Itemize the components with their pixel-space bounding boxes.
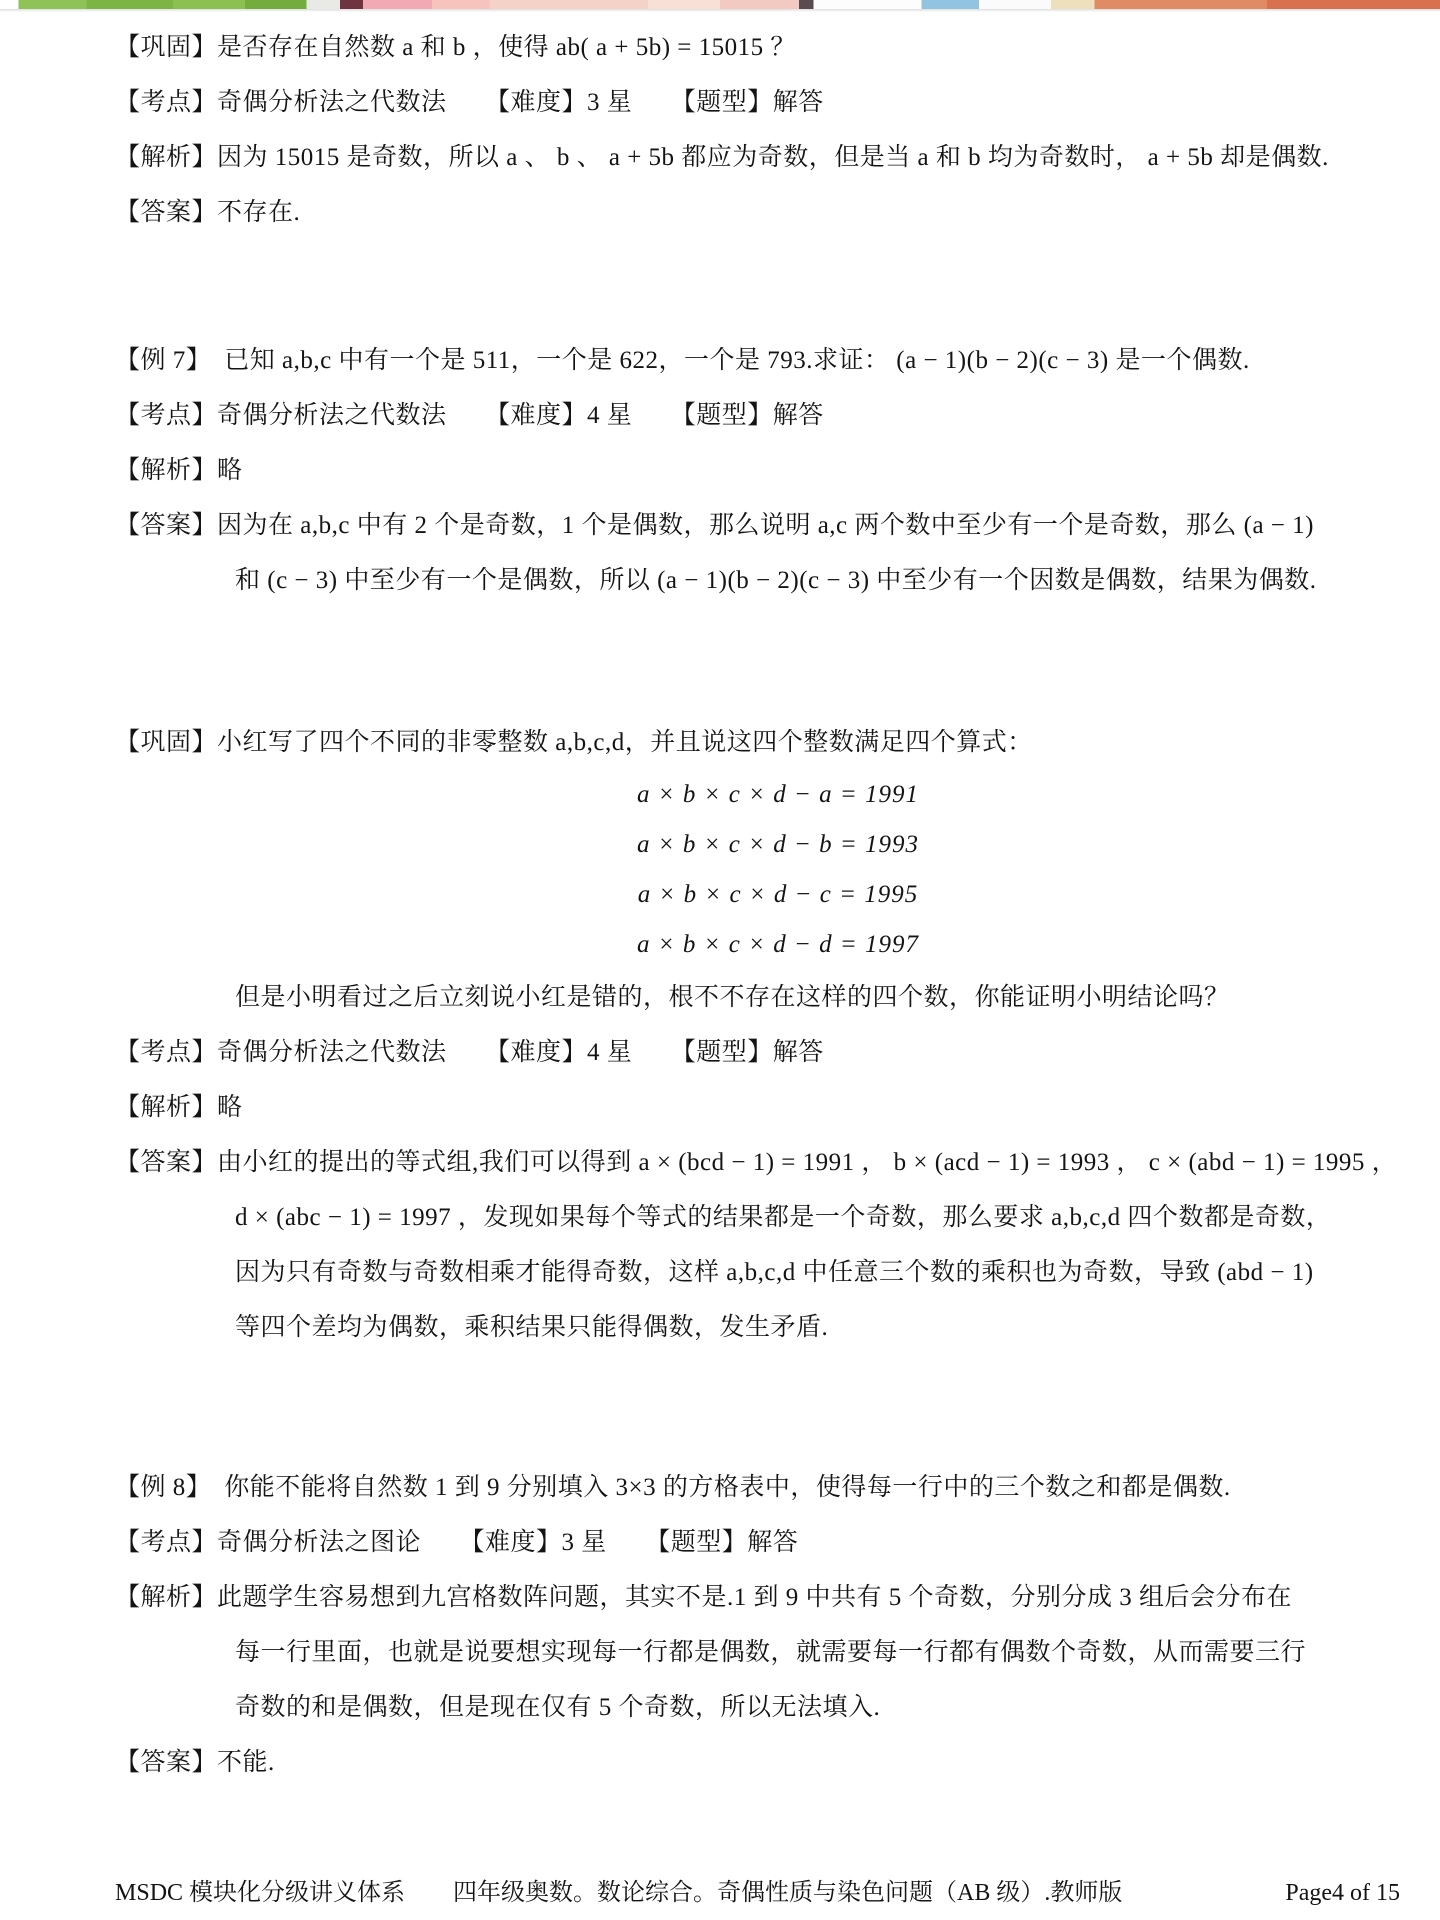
reinforce2-answer-line3: 因为只有奇数与奇数相乘才能得奇数，这样 a,b,c,d 中任意三个数的乘积也为奇… [115,1245,1385,1300]
reinforce2-question: 【巩固】小红写了四个不同的非零整数 a,b,c,d，并且说这四个整数满足四个算式… [115,715,1385,770]
example7-answer-line1: 【答案】因为在 a,b,c 中有 2 个是奇数，1 个是偶数，那么说明 a,c … [115,498,1385,553]
section-example-7: 【例 7】 已知 a,b,c 中有一个是 511，一个是 622，一个是 793… [115,333,1385,608]
reinforce2-answer-line4: 等四个差均为偶数，乘积结果只能得偶数，发生矛盾. [115,1300,1385,1355]
reinforce2-analysis: 【解析】略 [115,1080,1385,1135]
section-example-8: 【例 8】 你能不能将自然数 1 到 9 分别填入 3×3 的方格表中，使得每一… [115,1460,1385,1790]
section-reinforce-1: 【巩固】是否存在自然数 a 和 b ，使得 ab( a + 5b) = 1501… [115,20,1385,240]
reinforce2-answer-line2: d × (abc − 1) = 1997 ，发现如果每个等式的结果都是一个奇数，… [115,1190,1385,1245]
example8-answer: 【答案】不能. [115,1735,1385,1790]
reinforce2-equation-3: a × b × c × d − c = 1995 [115,870,1385,920]
page-footer: MSDC 模块化分级讲义体系 四年级奥数。数论综合。奇偶性质与染色问题（AB 级… [115,1878,1400,1908]
example8-analysis-line1: 【解析】此题学生容易想到九宫格数阵问题，其实不是.1 到 9 中共有 5 个奇数… [115,1570,1385,1625]
example7-answer-line2: 和 (c − 3) 中至少有一个是偶数，所以 (a − 1)(b − 2)(c … [115,553,1385,608]
example8-analysis-line2: 每一行里面，也就是说要想实现每一行都是偶数，就需要每一行都有偶数个奇数，从而需要… [115,1625,1385,1680]
reinforce1-analysis: 【解析】因为 15015 是奇数，所以 a 、 b 、 a + 5b 都应为奇数… [115,130,1385,185]
example8-analysis-line3: 奇数的和是偶数，但是现在仅有 5 个奇数，所以无法填入. [115,1680,1385,1735]
reinforce2-answer-line1: 【答案】由小红的提出的等式组,我们可以得到 a × (bcd − 1) = 19… [115,1135,1385,1190]
example7-analysis: 【解析】略 [115,443,1385,498]
document-page: { "banner": { "description": "decorative… [0,0,1440,1920]
reinforce2-equation-1: a × b × c × d − a = 1991 [115,770,1385,820]
reinforce2-equation-4: a × b × c × d − d = 1997 [115,920,1385,970]
example8-keypoint-difficulty-type: 【考点】奇偶分析法之图论 【难度】3 星 【题型】解答 [115,1515,1385,1570]
document-body: 【巩固】是否存在自然数 a 和 b ，使得 ab( a + 5b) = 1501… [115,20,1385,1790]
example7-keypoint-difficulty-type: 【考点】奇偶分析法之代数法 【难度】4 星 【题型】解答 [115,388,1385,443]
reinforce2-question-continued: 但是小明看过之后立刻说小红是错的，根不不存在这样的四个数，你能证明小明结论吗？ [115,970,1385,1025]
reinforce1-answer: 【答案】不存在. [115,185,1385,240]
reinforce2-equation-2: a × b × c × d − b = 1993 [115,820,1385,870]
footer-series-name: MSDC 模块化分级讲义体系 [115,1878,405,1908]
reinforce2-keypoint-difficulty-type: 【考点】奇偶分析法之代数法 【难度】4 星 【题型】解答 [115,1025,1385,1080]
footer-document-title: 四年级奥数。数论综合。奇偶性质与染色问题（AB 级）.教师版 [453,1878,1285,1908]
header-image-strip [0,0,1440,9]
reinforce1-keypoint-difficulty-type: 【考点】奇偶分析法之代数法 【难度】3 星 【题型】解答 [115,75,1385,130]
example8-question: 【例 8】 你能不能将自然数 1 到 9 分别填入 3×3 的方格表中，使得每一… [115,1460,1385,1515]
example7-question: 【例 7】 已知 a,b,c 中有一个是 511，一个是 622，一个是 793… [115,333,1385,388]
section-reinforce-2: 【巩固】小红写了四个不同的非零整数 a,b,c,d，并且说这四个整数满足四个算式… [115,715,1385,1355]
header-strip-shadow [0,9,1440,12]
footer-page-number: Page4 of 15 [1285,1878,1400,1908]
reinforce1-question: 【巩固】是否存在自然数 a 和 b ，使得 ab( a + 5b) = 1501… [115,20,1385,75]
